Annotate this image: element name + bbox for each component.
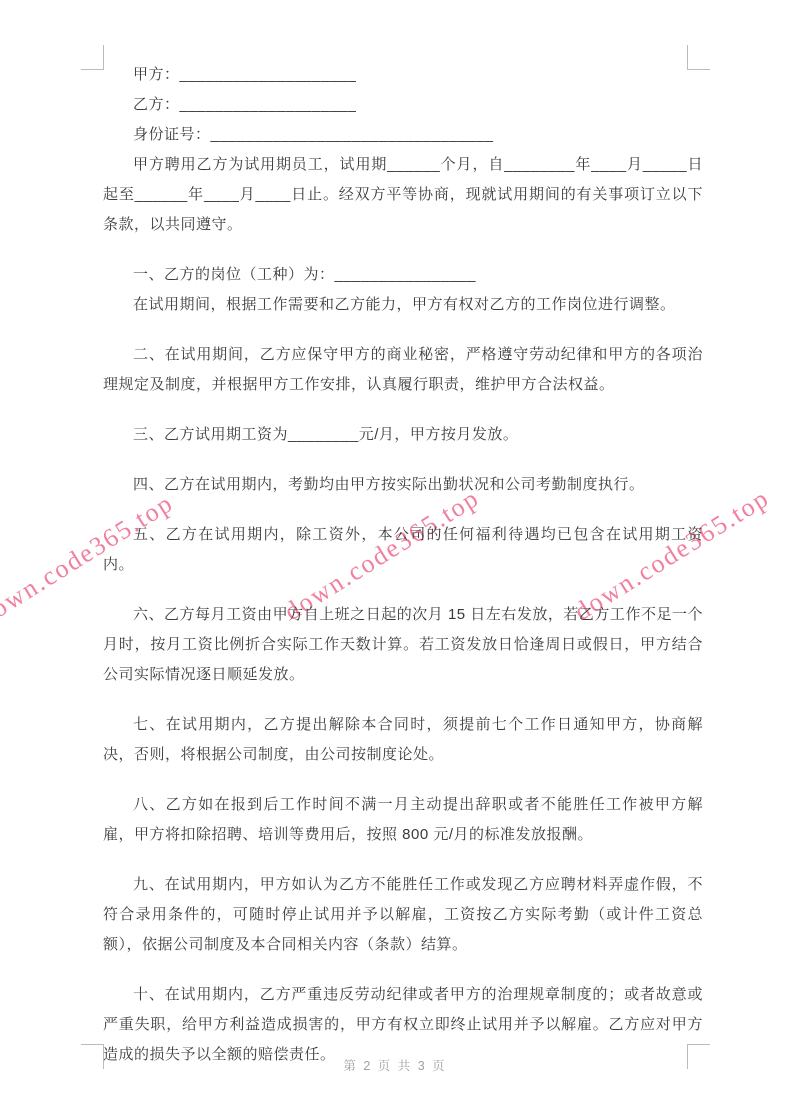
corner-mark-top-left — [81, 45, 104, 70]
paragraph: 二、在试用期间，乙方应保守甲方的商业秘密，严格遵守劳动纪律和甲方的各项治理规定及… — [103, 340, 703, 400]
document-body: 甲方：____________________乙方：______________… — [103, 60, 703, 1070]
page-footer: 第 2 页 共 3 页 — [0, 1056, 790, 1074]
paragraph: 四、乙方在试用期内，考勤均由甲方按实际出勤状况和公司考勤制度执行。 — [103, 470, 703, 500]
paragraph: 七、在试用期内，乙方提出解除本合同时，须提前七个工作日通知甲方，协商解决，否则，… — [103, 710, 703, 770]
paragraph: 八、乙方如在报到后工作时间不满一月主动提出辞职或者不能胜任工作被甲方解雇，甲方将… — [103, 790, 703, 850]
paragraph: 五、乙方在试用期内，除工资外，本公司的任何福利待遇均已包含在试用期工资内。 — [103, 520, 703, 580]
paragraph: 六、乙方每月工资由甲方自上班之日起的次月 15 日左右发放，若乙方工作不足一个月… — [103, 600, 703, 690]
paragraph: 九、在试用期内，甲方如认为乙方不能胜任工作或发现乙方应聘材料弄虚作假，不符合录用… — [103, 870, 703, 960]
paragraph: 在试用期间，根据工作需要和乙方能力，甲方有权对乙方的工作岗位进行调整。 — [103, 290, 703, 320]
paragraph: 甲方：____________________ — [103, 60, 703, 90]
paragraph: 三、乙方试用期工资为________元/月，甲方按月发放。 — [103, 420, 703, 450]
paragraph: 一、乙方的岗位（工种）为：________________ — [103, 260, 703, 290]
paragraph: 身份证号：________________________________ — [103, 120, 703, 150]
document-page: down.code365.top down.code365.top down.c… — [0, 0, 790, 1120]
paragraph: 甲方聘用乙方为试用期员工，试用期______个月，自________年____月… — [103, 150, 703, 240]
paragraph: 乙方：____________________ — [103, 90, 703, 120]
